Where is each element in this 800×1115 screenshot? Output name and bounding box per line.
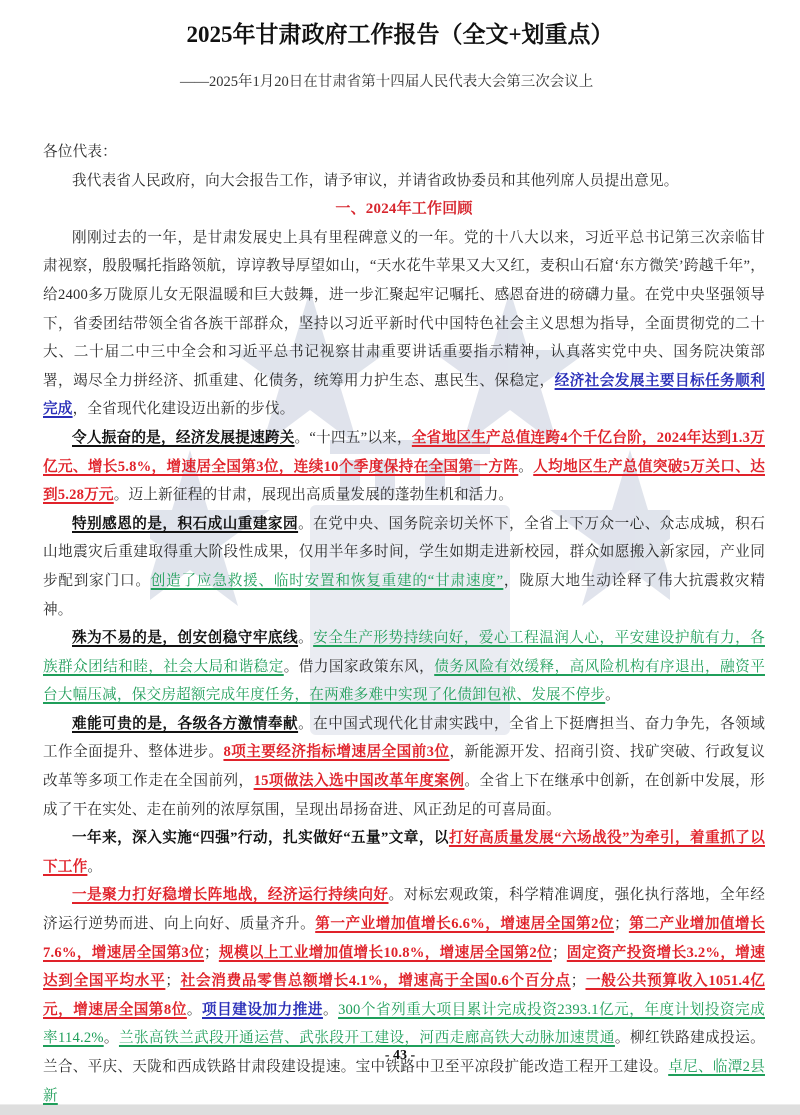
body-paragraph: 令人振奋的是，经济发展提速跨关。“十四五”以来，全省地区生产总值连跨4个千亿台阶…: [43, 424, 765, 510]
text-segment: 。借力国家政策东风，: [284, 659, 434, 675]
section-heading: 一、2024年工作回顾: [43, 195, 765, 224]
highlight-blue: 项目建设加力推进: [202, 1002, 323, 1018]
body-paragraph: 特别感恩的是，积石成山重建家园。在党中央、国务院亲切关怀下，全省上下万众一心、众…: [43, 510, 765, 624]
body-paragraph: 一是聚力打好稳增长阵地战，经济运行持续向好。对标宏观政策，科学精准调度，强化执行…: [43, 881, 765, 1110]
highlight-red: 社会消费品零售总额增长4.1%，增速高于全国0.6个百分点: [180, 973, 571, 989]
highlight-bold: 一年来，深入实施“四强”行动，扎实做好“五量”文章，以: [72, 830, 449, 846]
document-title: 2025年甘肃政府工作报告（全文+划重点）: [0, 16, 800, 49]
text-segment: 。“十四五”以来，: [295, 430, 412, 446]
highlight-green: 兰张高铁兰武段开通运营、武张段开工建设，河西走廊高铁大动脉加速贯通: [119, 1030, 615, 1046]
text-segment: ；: [614, 916, 629, 932]
intro-paragraph: 我代表省人民政府，向大会报告工作，请予审议，并请省政协委员和其他列席人员提出意见…: [43, 167, 765, 196]
highlight-red: 第一产业增加值增长6.6%，增速居全国第2位: [315, 916, 614, 932]
text-segment: 。: [104, 1030, 119, 1046]
text-segment: 。: [605, 687, 620, 703]
highlight-red: 15项做法入选中国改革年度案例: [254, 773, 465, 789]
text-segment: ；: [571, 973, 586, 989]
text-segment: 。: [187, 1002, 202, 1018]
highlight-green: 创造了应急救援、临时安置和恢复重建的“甘肃速度”: [151, 573, 504, 589]
text-segment: ；: [165, 973, 180, 989]
body-paragraph: 难能可贵的是，各级各方激情奉献。在中国式现代化甘肃实践中，全省上下挺膺担当、奋力…: [43, 710, 765, 824]
salutation: 各位代表：: [43, 138, 765, 167]
highlight-bold-underline: 特别感恩的是，积石成山重建家园: [72, 516, 298, 532]
page-number: - 43 -: [0, 1048, 800, 1064]
paragraph-list: 刚刚过去的一年，是甘肃发展史上具有里程碑意义的一年。党的十八大以来，习近平总书记…: [43, 224, 765, 1110]
text-segment: 。: [323, 1002, 338, 1018]
highlight-bold-underline: 难能可贵的是，各级各方激情奉献: [72, 716, 298, 732]
text-segment: ；: [204, 945, 219, 961]
highlight-red: 规模以上工业增加值增长10.8%，增速居全国第2位: [219, 945, 552, 961]
text-segment: 。迈上新征程的甘肃，展现出高质量发展的蓬勃生机和活力。: [114, 487, 513, 503]
highlight-red: 一是聚力打好稳增长阵地战，经济运行持续向好: [72, 887, 389, 903]
body-paragraph: 刚刚过去的一年，是甘肃发展史上具有里程碑意义的一年。党的十八大以来，习近平总书记…: [43, 224, 765, 424]
body-paragraph: 一年来，深入实施“四强”行动，扎实做好“五量”文章，以打好高质量发展“六场战役”…: [43, 824, 765, 881]
highlight-bold-underline: 令人振奋的是，经济发展提速跨关: [72, 430, 295, 446]
text-segment: 。: [87, 859, 102, 875]
text-segment: 。: [298, 630, 313, 646]
text-segment: 刚刚过去的一年，是甘肃发展史上具有里程碑意义的一年。党的十八大以来，习近平总书记…: [43, 230, 765, 389]
text-segment: ；: [552, 945, 567, 961]
body-paragraph: 殊为不易的是，创安创稳守牢底线。安全生产形势持续向好，爱心工程温润人心，平安建设…: [43, 624, 765, 710]
document-subtitle: ——2025年1月20日在甘肃省第十四届人民代表大会第三次会议上: [180, 70, 593, 91]
text-segment: 。: [518, 459, 533, 475]
text-segment: ，全省现代化建设迈出新的步伐。: [73, 401, 295, 417]
highlight-red: 8项主要经济指标增速居全国前3位: [223, 744, 449, 760]
document-body: 各位代表： 我代表省人民政府，向大会报告工作，请予审议，并请省政协委员和其他列席…: [43, 138, 765, 1110]
highlight-bold-underline: 殊为不易的是，创安创稳守牢底线: [72, 630, 298, 646]
